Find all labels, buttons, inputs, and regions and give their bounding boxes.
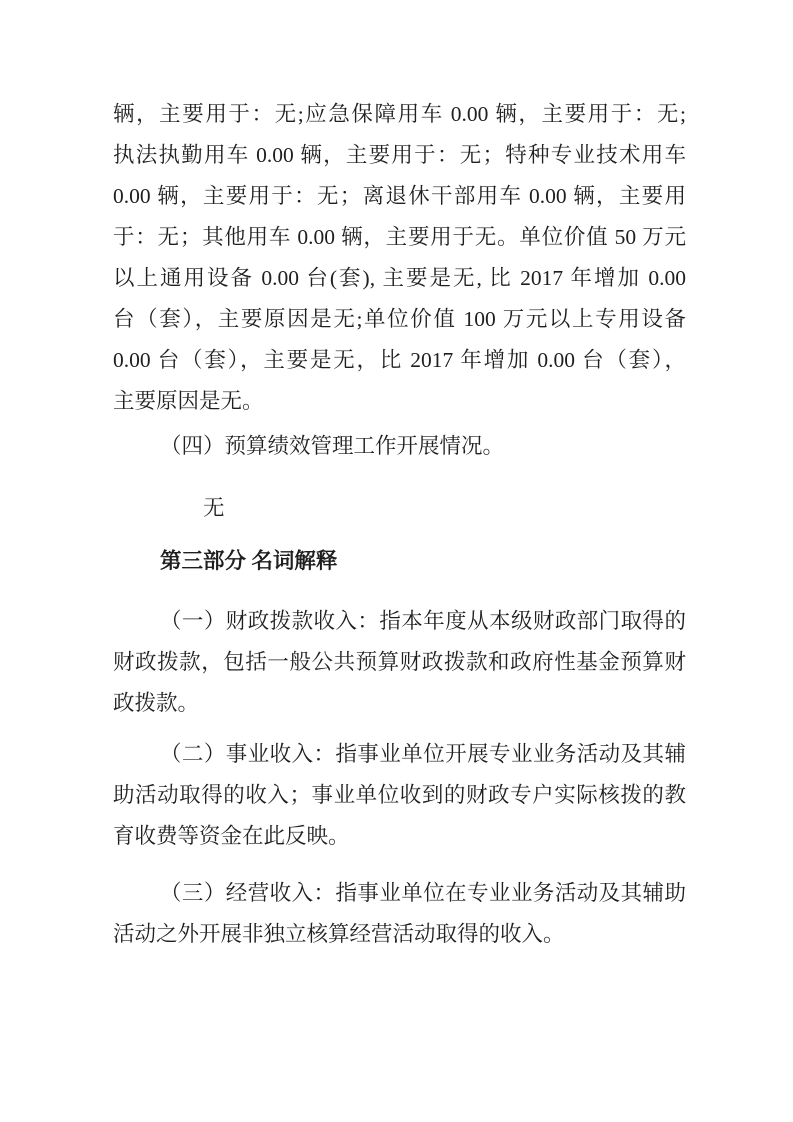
paragraph-def-institutional-income: （二）事业收入：指事业单位开展专业业务活动及其辅 助活动取得的收入；事业单位收到…	[113, 734, 686, 857]
text-line: 台（套），主要原因是无;单位价值 100 万元以上专用设备	[113, 299, 686, 340]
paragraph-def-operating-income: （三）经营收入：指事业单位在专业业务活动及其辅助 活动之外开展非独立核算经营活动…	[113, 873, 686, 955]
text-line: （三）经营收入：指事业单位在专业业务活动及其辅助	[113, 873, 686, 914]
text-line: 执法执勤用车 0.00 辆，主要用于：无；特种专业技术用车	[113, 135, 686, 176]
heading-text: 第三部分 名词解释	[113, 541, 686, 582]
subsection-performance-title: （四）预算绩效管理工作开展情况。	[113, 426, 686, 467]
text-line: （一）财政拨款收入：指本年度从本级财政部门取得的	[113, 601, 686, 642]
text-line: 于：无；其他用车 0.00 辆，主要用于无。单位价值 50 万元	[113, 217, 686, 258]
none-note: 无	[113, 488, 686, 529]
document-body: 辆，主要用于：无;应急保障用车 0.00 辆，主要用于：无; 执法执勤用车 0.…	[113, 94, 686, 955]
paragraph-def-fiscal-appropriation: （一）财政拨款收入：指本年度从本级财政部门取得的 财政拨款，包括一般公共预算财政…	[113, 601, 686, 724]
text-line: 0.00 辆，主要用于：无；离退休干部用车 0.00 辆，主要用	[113, 176, 686, 217]
text-line: 主要原因是无。	[113, 381, 686, 422]
text-line: 财政拨款，包括一般公共预算财政拨款和政府性基金预算财	[113, 642, 686, 683]
text-line: （二）事业收入：指事业单位开展专业业务活动及其辅	[113, 734, 686, 775]
section-3-heading: 第三部分 名词解释	[113, 541, 686, 582]
text-line: 助活动取得的收入；事业单位收到的财政专户实际核拨的教	[113, 775, 686, 816]
paragraph-vehicle-equipment-status: 辆，主要用于：无;应急保障用车 0.00 辆，主要用于：无; 执法执勤用车 0.…	[113, 94, 686, 422]
text-line: 以上通用设备 0.00 台(套), 主要是无, 比 2017 年增加 0.00	[113, 258, 686, 299]
text-line: 育收费等资金在此反映。	[113, 816, 686, 857]
text-line: 无	[113, 488, 686, 529]
text-line: 政拨款。	[113, 683, 686, 724]
document-page: 辆，主要用于：无;应急保障用车 0.00 辆，主要用于：无; 执法执勤用车 0.…	[0, 0, 793, 1122]
text-line: 0.00 台（套），主要是无，比 2017 年增加 0.00 台（套），	[113, 340, 686, 381]
text-line: （四）预算绩效管理工作开展情况。	[113, 426, 686, 467]
text-line: 活动之外开展非独立核算经营活动取得的收入。	[113, 914, 686, 955]
text-line: 辆，主要用于：无;应急保障用车 0.00 辆，主要用于：无;	[113, 94, 686, 135]
